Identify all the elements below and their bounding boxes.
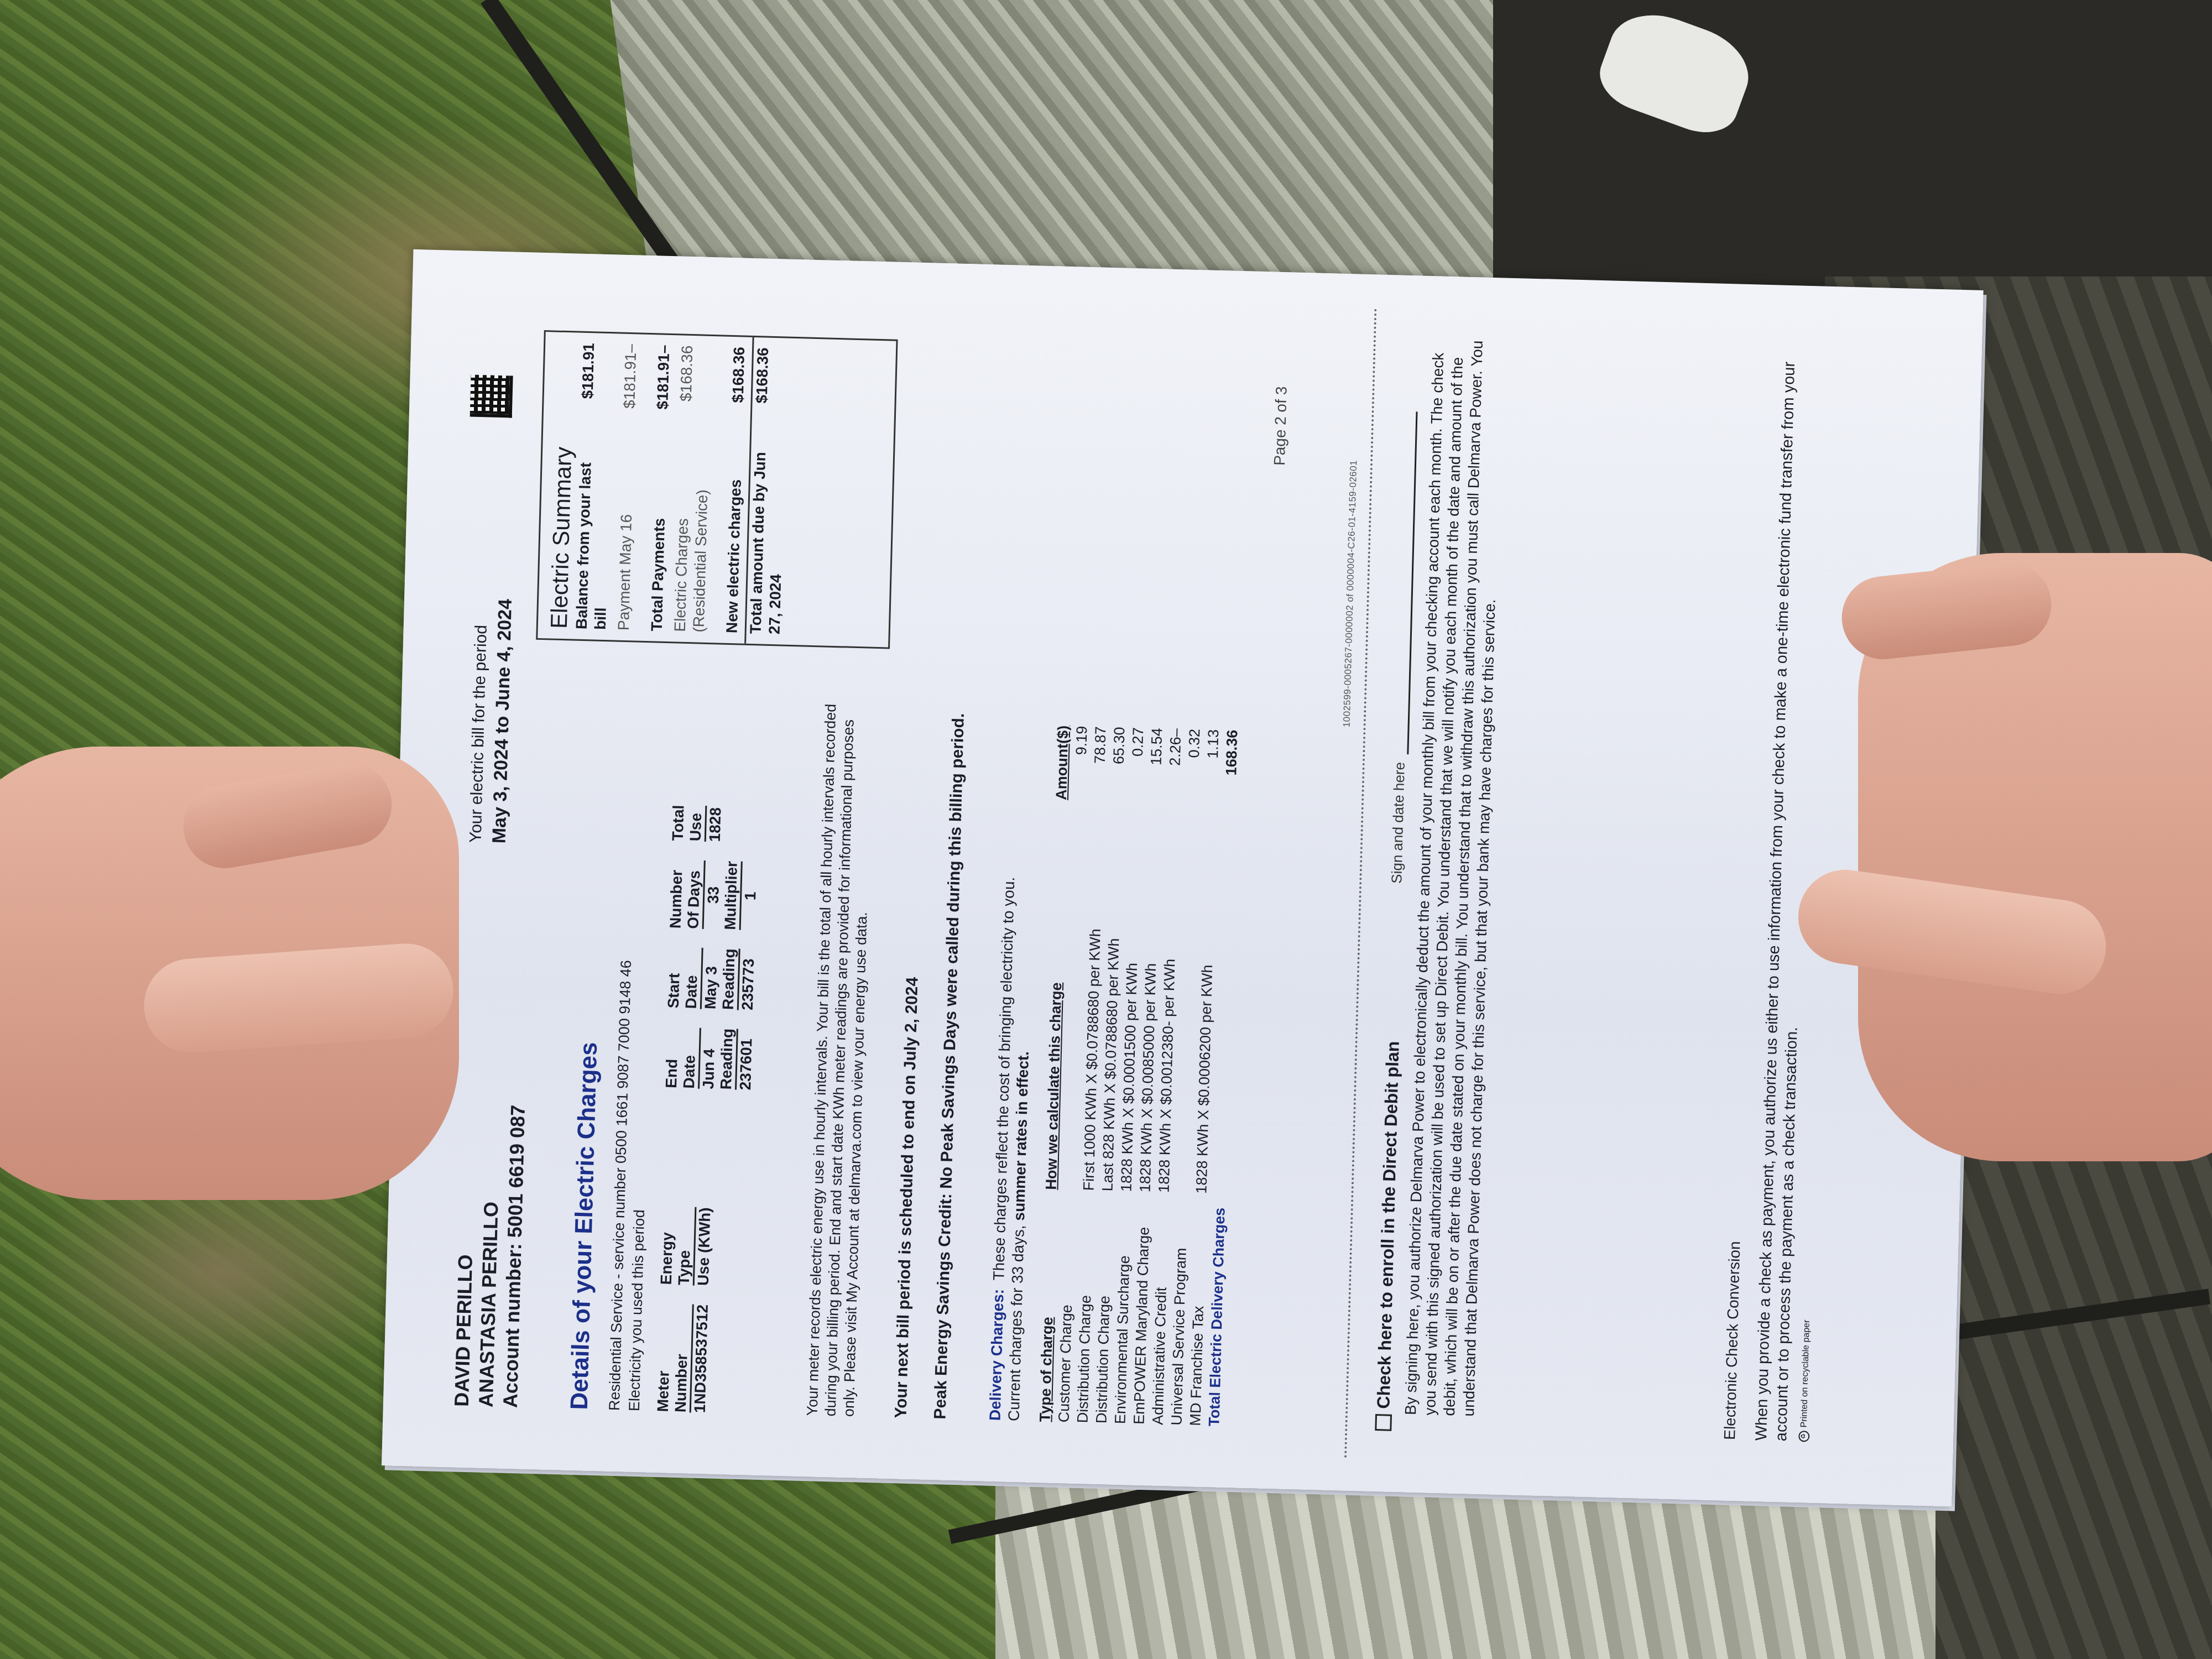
tracking-code: 1002599-0005267-0000002 of 0000004-C26-0… [1342, 460, 1360, 728]
multiplier-value: 1 [741, 862, 760, 931]
meter-number-value: 1ND358537512 [691, 1305, 712, 1413]
energy-type-value: Use (KWh) [695, 1207, 714, 1286]
peak-savings-credit: Peak Energy Savings Credit: No Peak Savi… [931, 700, 969, 1419]
charge-amount: 65.30 [1108, 727, 1129, 827]
start-date-value: May 3 [702, 948, 721, 1009]
summary-total-due-row: Total amount due by Jun 27, 2024 $168.36 [747, 347, 792, 635]
meter-note: Your meter records electric energy use i… [804, 697, 877, 1417]
end-date-col: End Date Jun 4 Reading 237601 [660, 1008, 756, 1190]
charges-rows: Customer Charge9.19Distribution ChargeFi… [1054, 726, 1223, 1426]
peak-savings-label: Peak Energy Savings Credit: [931, 1193, 956, 1420]
person-legs-shadow [1493, 0, 2212, 288]
summary-row: Electric Charges (Residential Service)$1… [671, 345, 716, 633]
recycle-icon: ♻ [1798, 1431, 1810, 1442]
energy-type-col: Energy Type Use (KWh) [658, 1187, 752, 1287]
delivery-charges-label: Delivery Charges: [987, 1289, 1007, 1421]
col-amount: Amount($) [1051, 725, 1073, 825]
service-info: Residential Service - service number 050… [604, 960, 656, 1412]
end-date-value: Jun 4 [700, 1028, 719, 1089]
charge-amount: 15.54 [1145, 728, 1167, 828]
bill-content: DAVID PERILLO ANASTASIA PERILLO Account … [382, 249, 1984, 1507]
summary-row-value: $181.91 [578, 343, 618, 400]
summary-row: Balance from your last bill$181.91 [572, 343, 618, 630]
customer-block: DAVID PERILLO ANASTASIA PERILLO Account … [450, 1103, 530, 1408]
next-bill-notice: Your next bill period is scheduled to en… [892, 977, 922, 1418]
charge-amount: 2.26– [1164, 728, 1186, 828]
electric-bill-document: DAVID PERILLO ANASTASIA PERILLO Account … [382, 249, 1984, 1507]
delivery-days-text: Current charges for 33 days, [1005, 1220, 1027, 1421]
delivery-charges-table: Type of charge How we calculate this cha… [1035, 703, 1242, 1426]
charge-amount: 1.13 [1202, 729, 1223, 829]
meter-number-col: Meter Number 1ND358537512 [654, 1285, 749, 1414]
summary-row-label: New electric charges [723, 479, 745, 633]
charge-amount: 78.87 [1089, 726, 1110, 826]
signature-line[interactable] [1390, 411, 1417, 755]
page-number: Page 2 of 3 [1271, 386, 1291, 466]
barcode-icon [470, 375, 513, 418]
summary-row-label: Payment May 16 [614, 514, 636, 630]
summary-row: Total Payments$181.91– [648, 345, 674, 632]
total-use-col: Total Use 1828 [669, 786, 763, 843]
direct-debit-enroll[interactable]: Check here to enroll in the Direct Debit… [1373, 1041, 1403, 1431]
summary-row-label: Balance from your last bill [572, 447, 615, 630]
recycle-note: ♻ Printed on recyclable paper [1798, 1319, 1813, 1442]
total-due-label: Total amount due by Jun 27, 2024 [747, 451, 789, 635]
summary-row: New electric charges$168.36 [723, 347, 749, 634]
total-due-value: $168.36 [753, 347, 792, 404]
summary-row-value: $181.91– [653, 345, 674, 410]
start-date-col: Start Date May 3 Reading 235773 [665, 928, 759, 1011]
billing-period: Your electric bill for the period May 3,… [465, 598, 518, 843]
charge-amount: 0.32 [1183, 729, 1204, 829]
details-heading: Details of your Electric Charges [566, 1042, 603, 1410]
ecc-title: Electronic Check Conversion [1721, 1241, 1744, 1440]
charge-amount: 0.27 [1126, 727, 1148, 827]
total-use-value: 1828 [706, 806, 725, 842]
summer-rates-text: summer rates in effect. [1010, 1051, 1032, 1221]
meter-reading-table: Meter Number 1ND358537512 Energy Type Us… [654, 786, 763, 1414]
start-reading-value: 235773 [739, 949, 758, 1010]
direct-debit-label: Check here to enroll in the Direct Debit… [1373, 1041, 1403, 1409]
summary-row-label: Total Payments [648, 518, 669, 632]
electric-summary-box: Electric Summary Balance from your last … [536, 330, 898, 649]
summary-row-label: Electric Charges (Residential Service) [671, 449, 713, 633]
summary-row-value: $168.36 [729, 347, 749, 403]
days-col: Number Of Days 33 Multiplier 1 [667, 841, 761, 931]
direct-debit-terms: By signing here, you authorize Delmarva … [1401, 337, 1506, 1417]
direct-debit-checkbox[interactable] [1375, 1414, 1392, 1431]
charges-total-amount: 168.36 [1220, 729, 1242, 830]
delivery-charges-intro: Delivery Charges: These charges reflect … [986, 702, 1042, 1421]
summary-row-value: $181.91– [620, 344, 640, 409]
summary-row: Payment May 16$181.91– [614, 344, 641, 631]
summary-row-value: $168.36 [677, 345, 716, 402]
end-reading-value: 237601 [737, 1029, 756, 1090]
peak-savings-text: No Peak Savings Days were called during … [937, 713, 968, 1193]
sign-label: Sign and date here [1388, 762, 1408, 884]
recycle-text: Printed on recyclable paper [1799, 1319, 1812, 1427]
summary-rows: Balance from your last bill$181.91Paymen… [572, 343, 749, 634]
charge-amount: 9.19 [1070, 726, 1092, 826]
signature-field[interactable]: Sign and date here [1387, 411, 1417, 884]
days-value: 33 [704, 860, 723, 930]
